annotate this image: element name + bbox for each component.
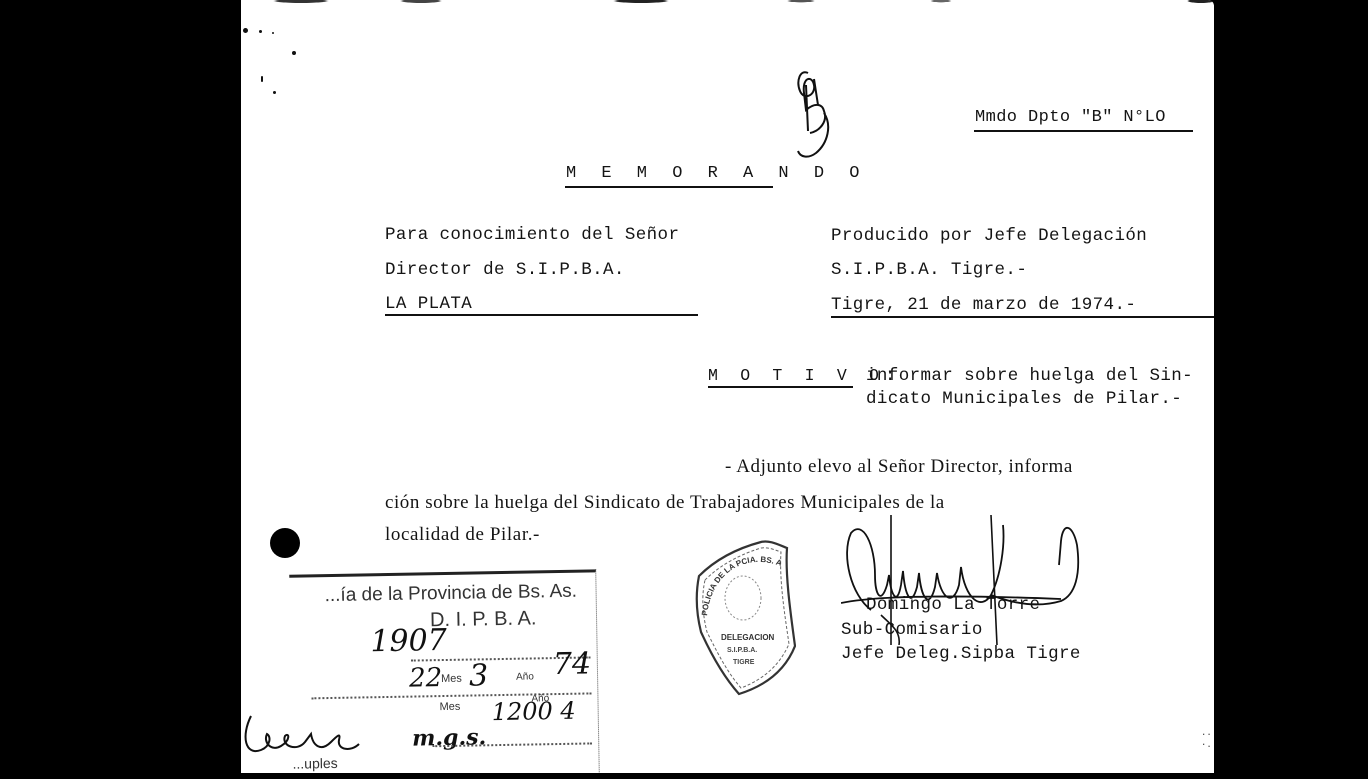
svg-text:TIGRE: TIGRE bbox=[733, 659, 755, 666]
handwritten-scribble bbox=[241, 706, 381, 766]
motivo-line-2: dicato Municipales de Pilar.- bbox=[866, 389, 1182, 409]
stamp-month: 3 bbox=[469, 658, 489, 693]
memo-reference-underline bbox=[974, 130, 1193, 132]
scan-speck bbox=[261, 76, 263, 82]
svg-text:S.I.P.B.A.: S.I.P.B.A. bbox=[727, 647, 757, 654]
signatory-position: Jefe Deleg.Sipba Tigre bbox=[841, 644, 1081, 664]
scan-speck bbox=[272, 32, 274, 34]
body-line-2: ción sobre la huelga del Sindicato de Tr… bbox=[385, 493, 945, 513]
stamp-year-label: Año bbox=[516, 671, 534, 682]
recipient-line-2: Director de S.I.P.B.A. bbox=[385, 260, 625, 280]
sender-line-1: Producido por Jefe Delegación bbox=[831, 226, 1147, 246]
sender-line-2: S.I.P.B.A. Tigre.- bbox=[831, 260, 1027, 280]
scan-speck bbox=[292, 51, 296, 55]
svg-text:DELEGACION: DELEGACION bbox=[721, 633, 775, 642]
scan-noise bbox=[241, 0, 1214, 8]
stamp-day: 22 bbox=[409, 663, 443, 694]
signatory-name: Domingo La Torre bbox=[866, 595, 1040, 615]
svg-text:POLICIA DE LA PCIA. BS. AS.: POLICIA DE LA PCIA. BS. AS. bbox=[691, 536, 783, 616]
body-line-3: localidad de Pilar.- bbox=[385, 525, 540, 545]
scan-speck bbox=[259, 30, 262, 33]
stamp-entry-number: 1907 bbox=[370, 623, 447, 659]
signatory-rank: Sub-Comisario bbox=[841, 620, 983, 640]
memo-reference: Mmdo Dpto "B" N°LO bbox=[975, 108, 1166, 128]
official-seal-stamp: POLICIA DE LA PCIA. BS. AS. DELEGACION S… bbox=[691, 536, 796, 696]
recipient-line-1: Para conocimiento del Señor bbox=[385, 225, 679, 245]
memorandum-page: Mmdo Dpto "B" N°LO M E M O R A N D O Par… bbox=[241, 0, 1214, 773]
stamp-second-number: 1200 4 bbox=[491, 697, 575, 726]
stamp-year: 74 bbox=[553, 646, 592, 682]
body-line-1: - Adjunto elevo al Señor Director, infor… bbox=[725, 457, 1073, 477]
memo-title-underline bbox=[565, 186, 773, 188]
stamp-header: ...ía de la Provincia de Bs. As. bbox=[324, 581, 577, 607]
stamp-month-label: Mes bbox=[441, 673, 462, 685]
memo-title: M E M O R A N D O bbox=[566, 164, 867, 184]
recipient-line-3: LA PLATA bbox=[385, 294, 472, 314]
sender-date: Tigre, 21 de marzo de 1974.- bbox=[831, 295, 1136, 315]
motivo-line-1: informar sobre huelga del Sin- bbox=[866, 366, 1193, 386]
scan-speck bbox=[243, 28, 248, 33]
sender-underline bbox=[831, 316, 1214, 318]
scan-speck: ·· ·. bbox=[1201, 730, 1214, 750]
stamp-initials: m.g.s. bbox=[412, 724, 486, 751]
handwritten-initials-mark bbox=[794, 65, 844, 160]
stamp-second-month-label: Mes bbox=[439, 701, 460, 713]
motivo-underline bbox=[708, 386, 853, 388]
punch-hole bbox=[270, 528, 300, 558]
recipient-underline bbox=[385, 314, 698, 316]
scan-speck bbox=[273, 91, 276, 94]
